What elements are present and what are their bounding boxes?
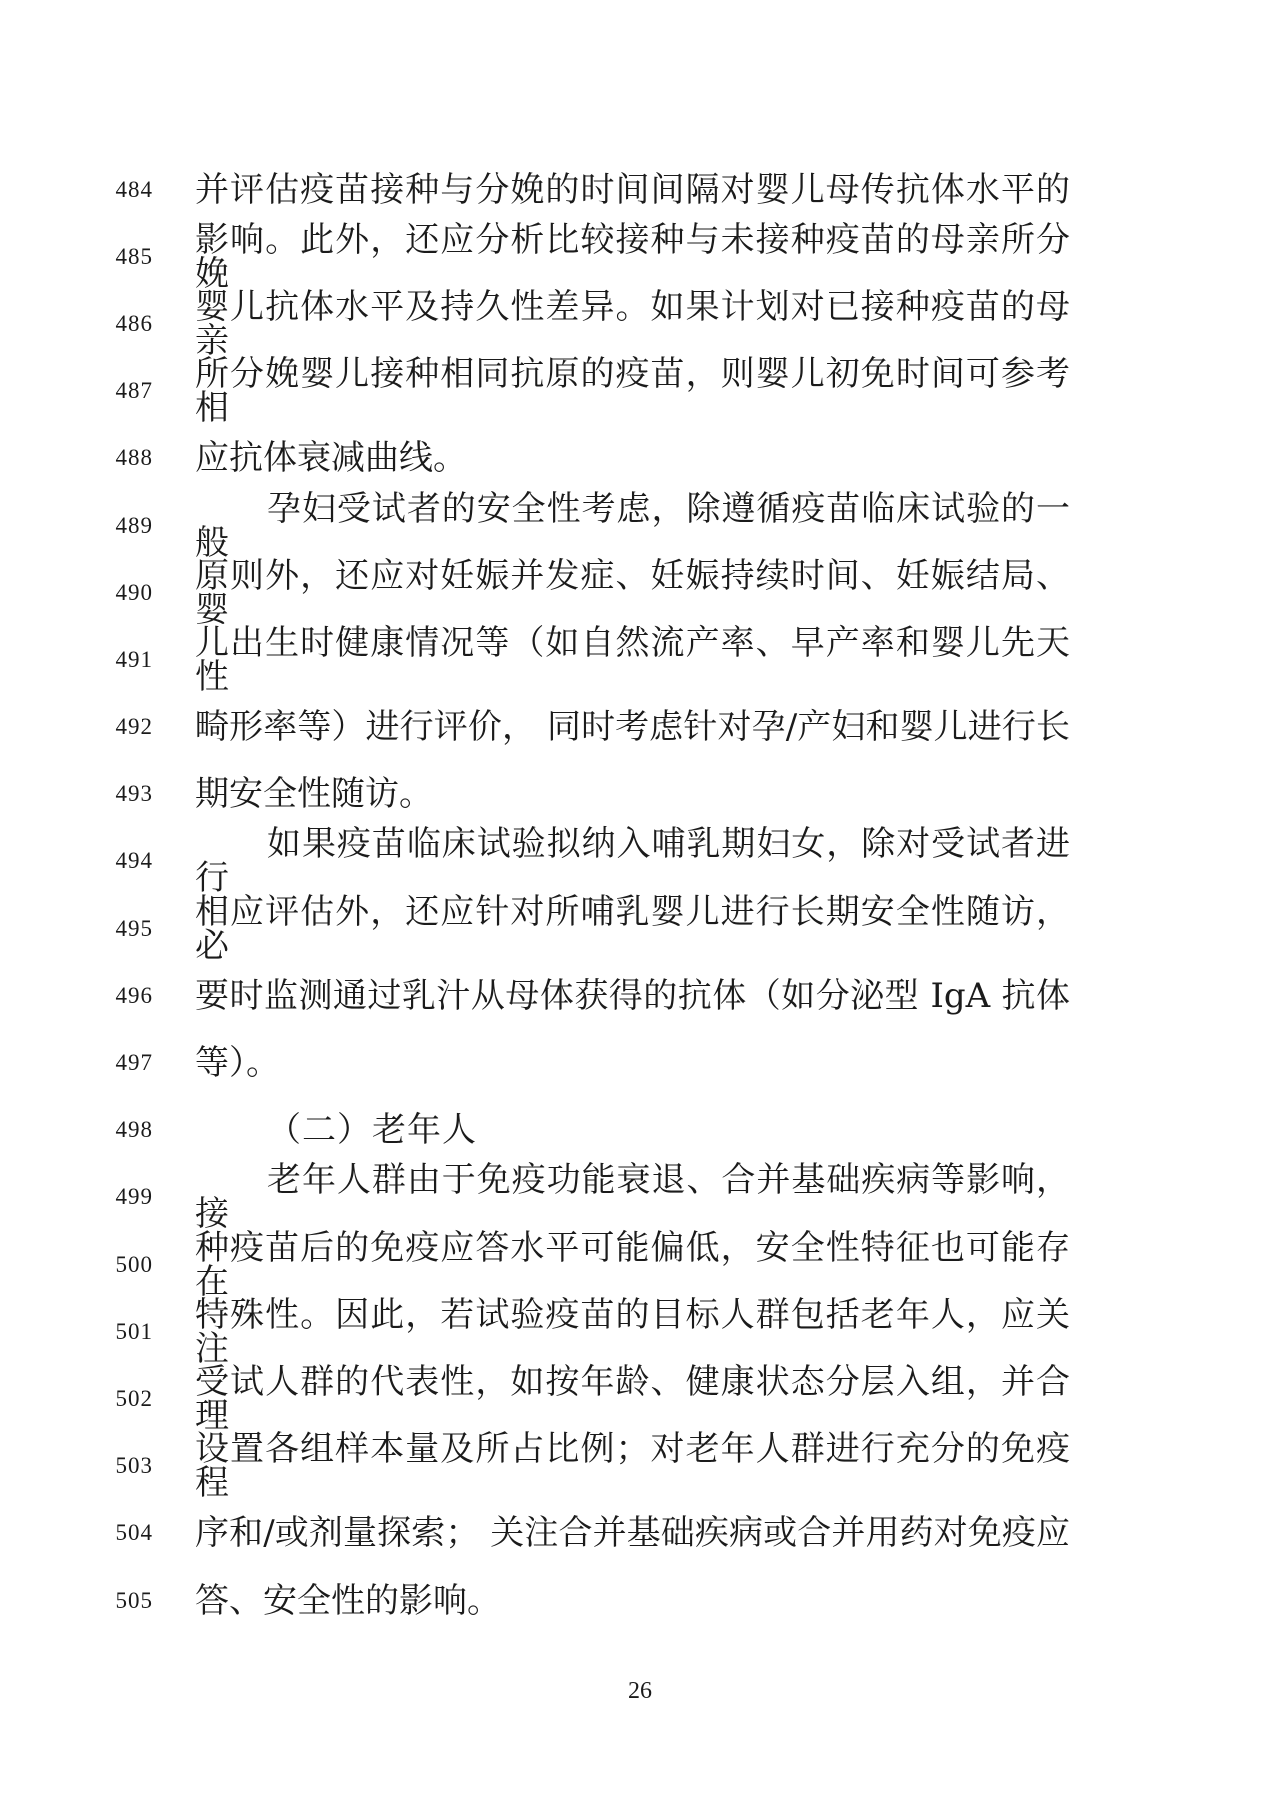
text-line: 496要时监测通过乳汁从母体获得的抗体（如分泌型 IgA 抗体	[0, 962, 1280, 1029]
text-line: 486婴儿抗体水平及持久性差异。如果计划对已接种疫苗的母亲	[0, 290, 1280, 357]
text-body: 484并评估疫苗接种与分娩的时间间隔对婴儿母传抗体水平的485影响。此外，还应分…	[0, 156, 1280, 1634]
line-number: 501	[0, 1319, 153, 1345]
line-number: 484	[0, 177, 153, 203]
text-line: 505答、安全性的影响。	[0, 1567, 1280, 1634]
text-line: 485影响。此外，还应分析比较接种与未接种疫苗的母亲所分娩	[0, 223, 1280, 290]
line-text: 影响。此外，还应分析比较接种与未接种疫苗的母亲所分娩	[195, 223, 1070, 291]
text-line: 501特殊性。因此，若试验疫苗的目标人群包括老年人，应关注	[0, 1298, 1280, 1365]
line-text: 原则外，还应对妊娠并发症、妊娠持续时间、妊娠结局、婴	[195, 559, 1070, 627]
line-number: 496	[0, 983, 153, 1009]
text-line: 489孕妇受试者的安全性考虑，除遵循疫苗临床试验的一般	[0, 492, 1280, 559]
text-line: 504序和/或剂量探索； 关注合并基础疾病或合并用药对免疫应	[0, 1500, 1280, 1567]
line-number: 489	[0, 513, 153, 539]
text-line: 495相应评估外，还应针对所哺乳婴儿进行长期安全性随访，必	[0, 895, 1280, 962]
line-number: 488	[0, 445, 153, 471]
line-number: 486	[0, 311, 153, 337]
line-text: 相应评估外，还应针对所哺乳婴儿进行长期安全性随访，必	[195, 895, 1070, 963]
text-line: 493期安全性随访。	[0, 761, 1280, 828]
line-text: 孕妇受试者的安全性考虑，除遵循疫苗临床试验的一般	[195, 492, 1070, 560]
line-number: 492	[0, 714, 153, 740]
line-text: 设置各组样本量及所占比例；对老年人群进行充分的免疫程	[195, 1432, 1070, 1500]
text-line: 487所分娩婴儿接种相同抗原的疫苗，则婴儿初免时间可参考相	[0, 358, 1280, 425]
line-number: 490	[0, 580, 153, 606]
line-number: 487	[0, 378, 153, 404]
line-text: 种疫苗后的免疫应答水平可能偏低，安全性特征也可能存在	[195, 1231, 1070, 1299]
text-line: 499老年人群由于免疫功能衰退、合并基础疾病等影响，接	[0, 1164, 1280, 1231]
text-line: 484并评估疫苗接种与分娩的时间间隔对婴儿母传抗体水平的	[0, 156, 1280, 223]
line-number: 494	[0, 848, 153, 874]
line-number: 493	[0, 781, 153, 807]
line-text: 畸形率等）进行评价， 同时考虑针对孕/产妇和婴儿进行长	[195, 710, 1070, 744]
line-number: 495	[0, 916, 153, 942]
text-line: 502受试人群的代表性，如按年龄、健康状态分层入组，并合理	[0, 1365, 1280, 1432]
text-line: 494如果疫苗临床试验拟纳入哺乳期妇女，除对受试者进行	[0, 828, 1280, 895]
text-line: 498（二）老年人	[0, 1097, 1280, 1164]
line-text: 婴儿抗体水平及持久性差异。如果计划对已接种疫苗的母亲	[195, 290, 1070, 358]
line-text: 序和/或剂量探索； 关注合并基础疾病或合并用药对免疫应	[195, 1516, 1070, 1550]
line-text: 要时监测通过乳汁从母体获得的抗体（如分泌型 IgA 抗体	[195, 979, 1070, 1013]
line-number: 498	[0, 1117, 153, 1143]
line-text: 所分娩婴儿接种相同抗原的疫苗，则婴儿初免时间可参考相	[195, 357, 1070, 425]
section-heading: （二）老年人	[195, 1113, 1070, 1147]
text-line: 497等）。	[0, 1029, 1280, 1096]
page-number: 26	[0, 1678, 1280, 1705]
line-number: 497	[0, 1050, 153, 1076]
line-number: 491	[0, 647, 153, 673]
line-number: 504	[0, 1520, 153, 1546]
line-number: 499	[0, 1184, 153, 1210]
text-line: 491儿出生时健康情况等（如自然流产率、早产率和婴儿先天性	[0, 626, 1280, 693]
line-text: 应抗体衰减曲线。	[195, 441, 1070, 475]
line-number: 505	[0, 1588, 153, 1614]
line-text: 如果疫苗临床试验拟纳入哺乳期妇女，除对受试者进行	[195, 827, 1070, 895]
text-line: 503设置各组样本量及所占比例；对老年人群进行充分的免疫程	[0, 1433, 1280, 1500]
text-line: 490原则外，还应对妊娠并发症、妊娠持续时间、妊娠结局、婴	[0, 559, 1280, 626]
line-text: 答、安全性的影响。	[195, 1584, 1070, 1618]
text-line: 488应抗体衰减曲线。	[0, 425, 1280, 492]
line-text: 期安全性随访。	[195, 777, 1070, 811]
text-line: 500种疫苗后的免疫应答水平可能偏低，安全性特征也可能存在	[0, 1231, 1280, 1298]
line-text: 老年人群由于免疫功能衰退、合并基础疾病等影响，接	[195, 1163, 1070, 1231]
line-text: 受试人群的代表性，如按年龄、健康状态分层入组，并合理	[195, 1365, 1070, 1433]
line-number: 485	[0, 244, 153, 270]
text-line: 492畸形率等）进行评价， 同时考虑针对孕/产妇和婴儿进行长	[0, 694, 1280, 761]
line-text: 儿出生时健康情况等（如自然流产率、早产率和婴儿先天性	[195, 626, 1070, 694]
line-number: 502	[0, 1386, 153, 1412]
line-number: 500	[0, 1252, 153, 1278]
document-page: 484并评估疫苗接种与分娩的时间间隔对婴儿母传抗体水平的485影响。此外，还应分…	[0, 0, 1280, 1810]
line-text: 特殊性。因此，若试验疫苗的目标人群包括老年人，应关注	[195, 1298, 1070, 1366]
line-text: 等）。	[195, 1046, 1070, 1080]
line-number: 503	[0, 1453, 153, 1479]
line-text: 并评估疫苗接种与分娩的时间间隔对婴儿母传抗体水平的	[195, 173, 1070, 207]
